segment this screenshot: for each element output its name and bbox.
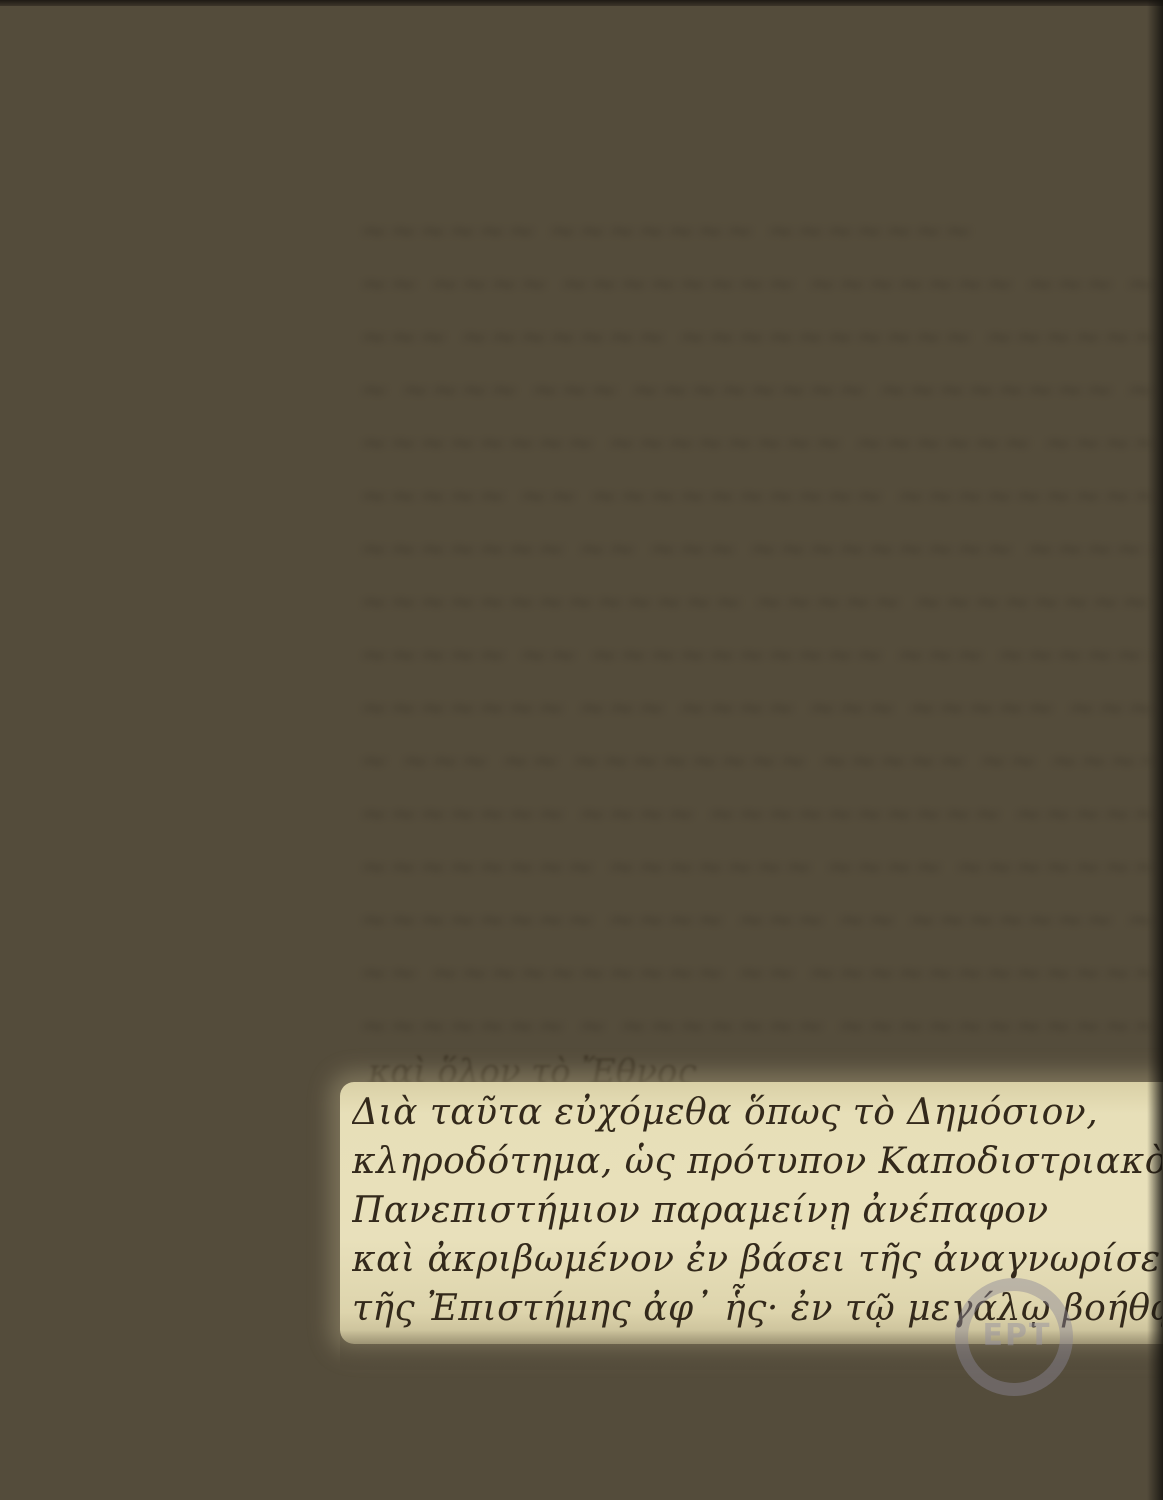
dimmed-line: ~~~~~ ~~ ~~~~~~~~~~ ~~~~~~~~~~~~ — [360, 470, 1150, 523]
handwritten-line: καὶ ἀκριβωμένον ἐν βάσει τῆς ἀναγνωρίσεω… — [352, 1235, 1162, 1284]
dimmed-line: ~~ ~~~~~~~~~~ ~~ ~~~~~~~~~~~~ ~~~~~~~ — [360, 947, 1150, 1000]
handwritten-line: Πανεπιστήμιον παραμείνῃ ἀνέπαφον — [352, 1186, 1162, 1235]
handwritten-line: κληροδότημα, ὡς πρότυπον Καποδιστριακὸν — [352, 1137, 1162, 1186]
dimmed-line: ~~~~~~~ ~~ ~~~ ~~~~~~~~~ ~~~~~~~~~~ — [360, 523, 1150, 576]
dimmed-line: ~~~~~~~ ~ ~~~~~~~ ~~~~~~~~~~~~~ ~~~ — [360, 1000, 1150, 1053]
video-frame: ~~~~~~ ~~~~~~~ ~~~~~~~ ~~ ~~~~ ~~~~~~~~ … — [0, 0, 1163, 1500]
dimmed-line: ~ ~~~~ ~~~ ~~~~~~~~ ~~~~~~~~ ~~ ~~~ — [360, 364, 1150, 417]
dimmed-line: ~~~~~~ ~~~~~~~ ~~~~~~~ — [360, 205, 1150, 258]
dimmed-line: ~~~~~~~~~~~~~ ~~~~~ ~~~~~~~~~ ~~~~~~ — [360, 576, 1150, 629]
dimmed-line: ~~~~~~~~ ~~~~~~~ ~~~~ ~~~~~~~~~ ~~~ — [360, 841, 1150, 894]
dimmed-line: ~~~~~~~~ ~~~~~~~~ ~~~~~~ ~~~~~~~ — [360, 417, 1150, 470]
right-edge-vignette — [1147, 0, 1163, 1500]
dimmed-line: ~~~~~~~ ~~~ ~~~~ ~~~ ~~~~~ ~~~~~~ — [360, 682, 1150, 735]
dimmed-line: ~~~~~~~ ~~~~ ~~~~~~~~~~ ~~~~~~~~ ~~ — [360, 788, 1150, 841]
dimmed-line: ~~ ~~~~ ~~~~~~~~ ~~~~~~~ ~~~ ~~~~~~~~~~ — [360, 258, 1150, 311]
dimmed-line: ~ ~~~ ~~ ~~~~~~~~ ~~~~~ ~~ ~~~~~~ ~~~ — [360, 735, 1150, 788]
dimmed-line: ~~~~~~~~ ~~~~ ~~~ ~~ ~~~~~~~ ~~~~~~ — [360, 894, 1150, 947]
dimmed-line: ~~~ ~~~~~~~ ~~~~~~~~~~ ~~~~~~~~~~~~~~ — [360, 311, 1150, 364]
dimmed-manuscript-text: ~~~~~~ ~~~~~~~ ~~~~~~~ ~~ ~~~~ ~~~~~~~~ … — [360, 205, 1150, 1053]
top-letterbox — [0, 0, 1163, 6]
dimmed-line: ~~~~~ ~~ ~~~~~~~~~~ ~~~ ~~~~~~~~~ — [360, 629, 1150, 682]
handwritten-line: Διὰ ταῦτα εὐχόμεθα ὅπως τὸ Δημόσιον, — [352, 1088, 1162, 1137]
watermark-text: ΕΡΤ — [962, 1318, 1072, 1353]
